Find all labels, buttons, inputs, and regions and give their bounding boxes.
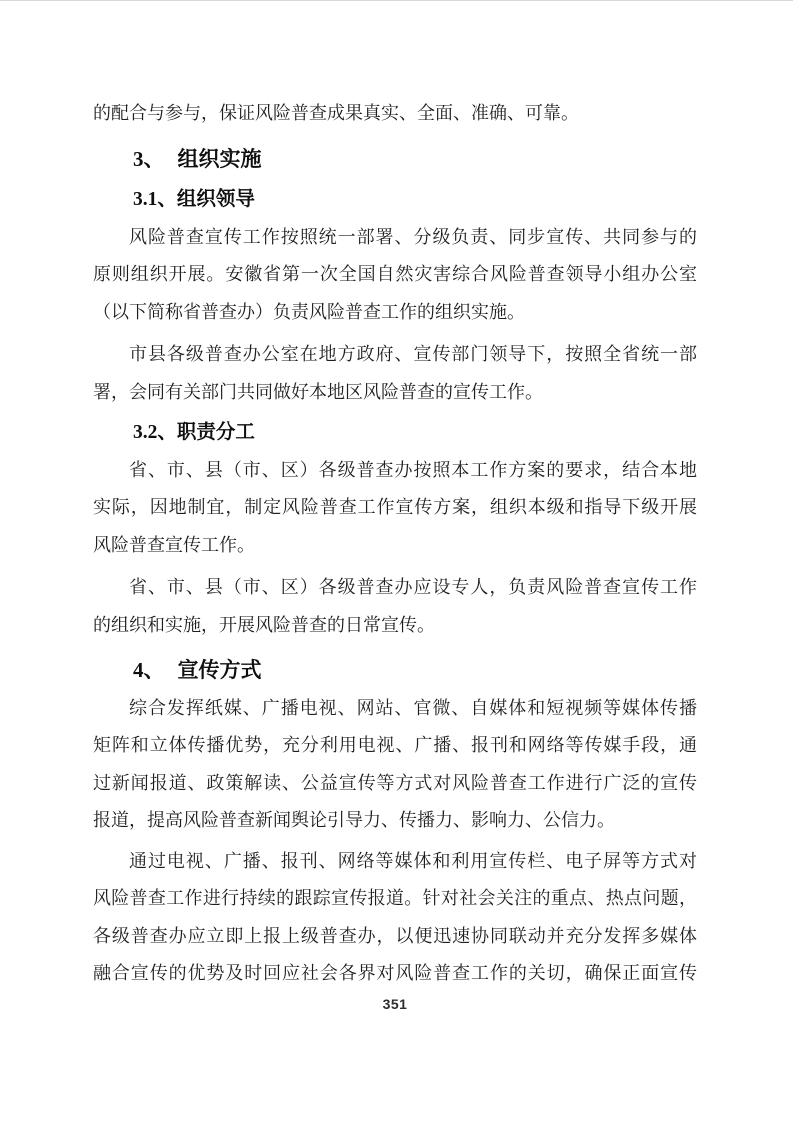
body-line: 实际，因地制宜，制定风险普查工作宣传方案，组织本级和指导下级开展 — [93, 489, 697, 527]
body-line: 省、市、县（市、区）各级普查办按照本工作方案的要求，结合本地 — [93, 452, 697, 490]
paragraph: 综合发挥纸媒、广播电视、网站、官微、自媒体和短视频等媒体传播 矩阵和立体传播优势… — [93, 690, 697, 840]
heading-section-4: 4、宣传方式 — [93, 652, 697, 690]
heading-section-3-1: 3.1、组织领导 — [93, 181, 697, 219]
page-number: 351 — [93, 996, 697, 1012]
heading-number: 4、 — [133, 658, 165, 682]
paragraph: 通过电视、广播、报刊、网络等媒体和利用宣传栏、电子屏等方式对 风险普查工作进行持… — [93, 843, 697, 993]
body-line: 矩阵和立体传播优势，充分利用电视、广播、报刊和网络等传媒手段，通 — [93, 727, 697, 765]
paragraph: 风险普查宣传工作按照统一部署、分级负责、同步宣传、共同参与的 原则组织开展。安徽… — [93, 219, 697, 332]
body-line: 各级普查办应立即上报上级普查办，以便迅速协同联动并充分发挥多媒体 — [93, 918, 697, 956]
body-line: 风险普查工作进行持续的跟踪宣传报道。针对社会关注的重点、热点问题， — [93, 880, 697, 918]
document-page: 的配合与参与，保证风险普查成果真实、全面、准确、可靠。 3、组织实施 3.1、组… — [0, 0, 793, 1122]
body-line: 省、市、县（市、区）各级普查办应设专人，负责风险普查宣传工作 — [93, 569, 697, 607]
body-line: 署，会同有关部门共同做好本地区风险普查的宣传工作。 — [93, 374, 697, 412]
body-line: 过新闻报道、政策解读、公益宣传等方式对风险普查工作进行广泛的宣传 — [93, 765, 697, 803]
paragraph: 市县各级普查办公室在地方政府、宣传部门领导下，按照全省统一部 署，会同有关部门共… — [93, 336, 697, 411]
body-line: 综合发挥纸媒、广播电视、网站、官微、自媒体和短视频等媒体传播 — [93, 690, 697, 728]
intro-paragraph: 的配合与参与，保证风险普查成果真实、全面、准确、可靠。 — [93, 95, 697, 133]
heading-section-3: 3、组织实施 — [93, 141, 697, 179]
heading-title: 组织实施 — [178, 147, 262, 171]
body-line: 融合宣传的优势及时回应社会各界对风险普查工作的关切，确保正面宣传 — [93, 955, 697, 993]
paragraph: 省、市、县（市、区）各级普查办应设专人，负责风险普查宣传工作 的组织和实施，开展… — [93, 569, 697, 644]
body-line: 通过电视、广播、报刊、网络等媒体和利用宣传栏、电子屏等方式对 — [93, 843, 697, 881]
heading-section-3-2: 3.2、职责分工 — [93, 414, 697, 452]
body-line: 报道，提高风险普查新闻舆论引导力、传播力、影响力、公信力。 — [93, 802, 697, 840]
body-line: 风险普查宣传工作。 — [93, 527, 697, 565]
body-line: 市县各级普查办公室在地方政府、宣传部门领导下，按照全省统一部 — [93, 336, 697, 374]
body-line: 的组织和实施，开展风险普查的日常宣传。 — [93, 607, 697, 645]
body-line: （以下简称省普查办）负责风险普查工作的组织实施。 — [93, 294, 697, 332]
paragraph: 省、市、县（市、区）各级普查办按照本工作方案的要求，结合本地 实际，因地制宜，制… — [93, 452, 697, 565]
body-line: 的配合与参与，保证风险普查成果真实、全面、准确、可靠。 — [93, 95, 697, 133]
heading-title: 宣传方式 — [178, 658, 262, 682]
body-line: 原则组织开展。安徽省第一次全国自然灾害综合风险普查领导小组办公室 — [93, 256, 697, 294]
body-line: 风险普查宣传工作按照统一部署、分级负责、同步宣传、共同参与的 — [93, 219, 697, 257]
heading-number: 3、 — [133, 147, 165, 171]
